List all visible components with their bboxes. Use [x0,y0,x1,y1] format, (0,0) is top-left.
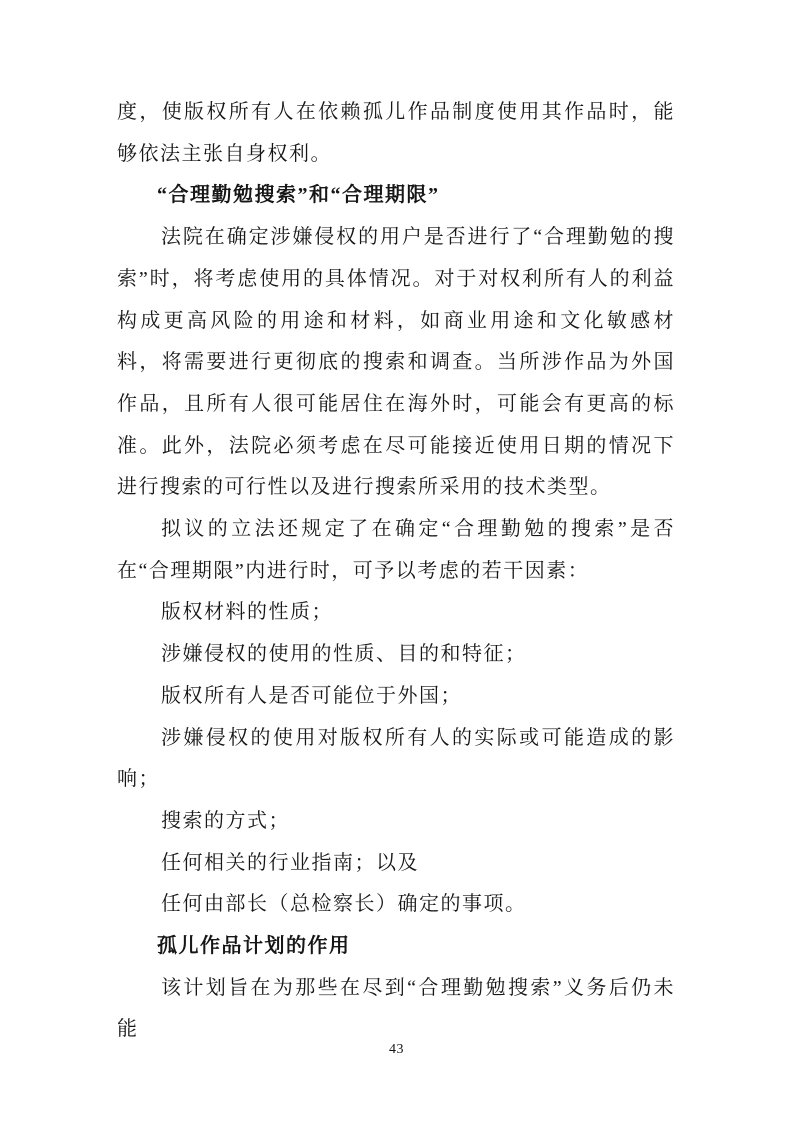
paragraph: 法院在确定涉嫌侵权的用户是否进行了“合理勤勉的搜索”时，将考虑使用的具体情况。对… [117,217,675,509]
list-item: 搜索的方式； [117,801,675,843]
list-item: 版权所有人是否可能位于外国； [117,676,675,718]
list-item: 涉嫌侵权的使用的性质、目的和特征； [117,634,675,676]
section-heading-orphan-works-scheme: 孤儿作品计划的作用 [117,926,675,968]
list-item: 任何由部长（总检察长）确定的事项。 [117,884,675,926]
list-item: 版权材料的性质； [117,592,675,634]
page-number: 43 [0,1042,793,1058]
paragraph: 该计划旨在为那些在尽到“合理勤勉搜索”义务后仍未能 [117,968,675,1051]
list-item: 涉嫌侵权的使用对版权所有人的实际或可能造成的影响； [117,718,675,801]
paragraph: 拟议的立法还规定了在确定“合理勤勉的搜索”是否在“合理期限”内进行时，可予以考虑… [117,509,675,592]
section-heading-reasonable-search: “合理勤勉搜索”和“合理期限” [117,175,675,217]
paragraph-continuation: 度，使版权所有人在依赖孤儿作品制度使用其作品时，能够依法主张自身权利。 [117,92,675,175]
list-item: 任何相关的行业指南；以及 [117,843,675,885]
document-body: 度，使版权所有人在依赖孤儿作品制度使用其作品时，能够依法主张自身权利。 “合理勤… [117,92,675,1051]
document-page: 度，使版权所有人在依赖孤儿作品制度使用其作品时，能够依法主张自身权利。 “合理勤… [0,0,793,1122]
